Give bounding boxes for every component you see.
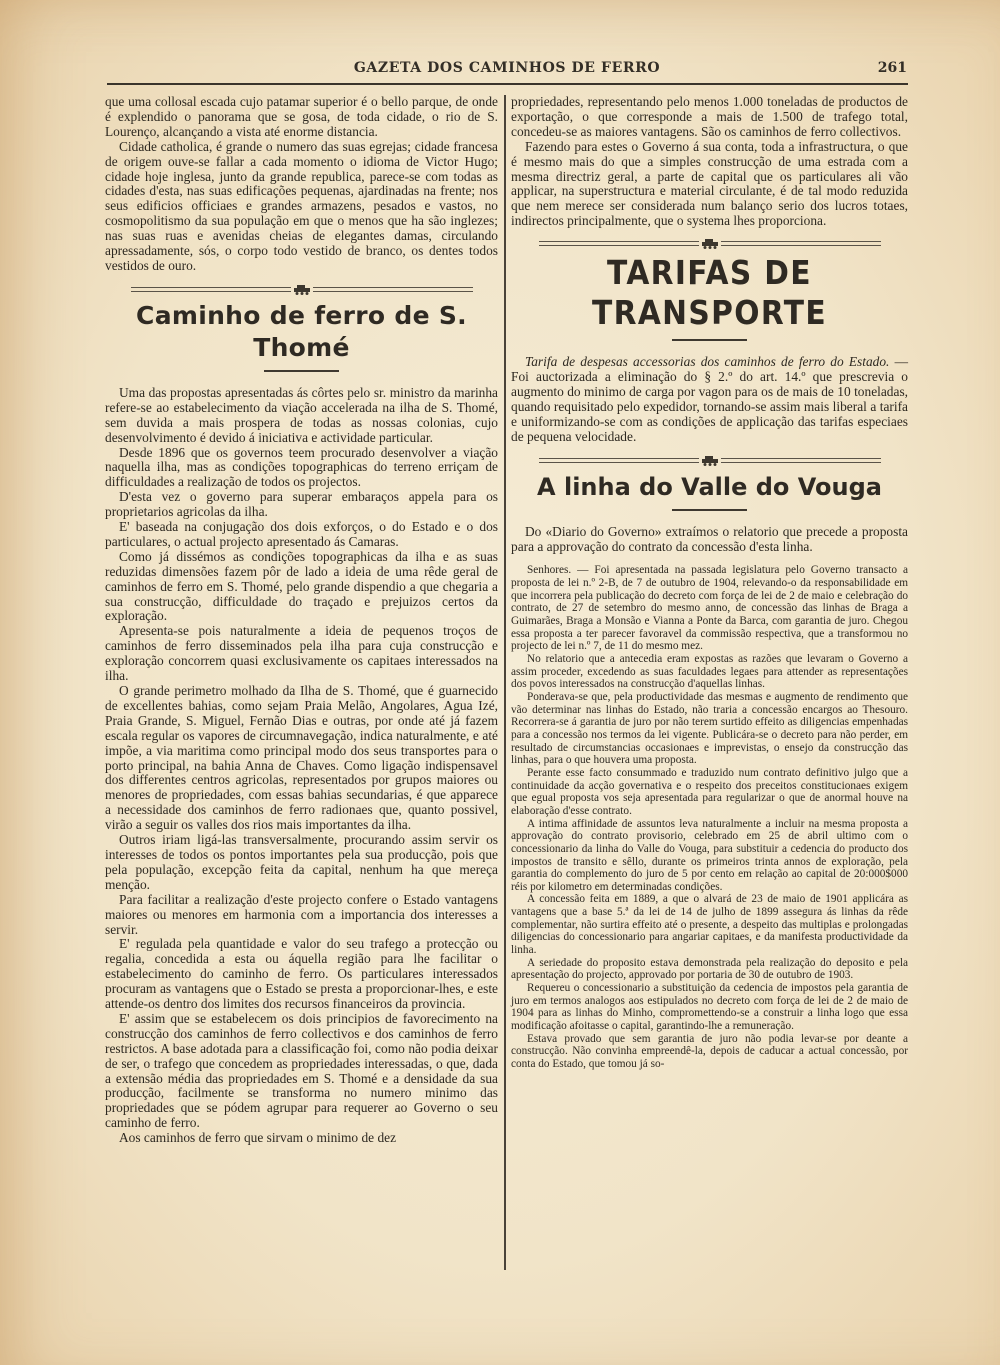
section-separator	[511, 235, 908, 251]
article-title-sao-tome: Caminho de ferro de S. Thomé	[105, 300, 498, 364]
vouga-report: Senhores. — Foi apresentada na passada l…	[511, 564, 908, 1070]
vouga-intro: Do «Diario do Governo» extraímos o relat…	[511, 525, 908, 555]
paragraph: A concessão feita em 1889, a que o alvar…	[511, 893, 908, 956]
page-header: GAZETA DOS CAMINHOS DE FERRO 261	[107, 58, 907, 86]
paragraph: Estava provado que sem garantia de juro …	[511, 1033, 908, 1071]
header-rule	[107, 83, 908, 85]
paragraph: Apresenta-se pois naturalmente a ideia d…	[105, 624, 498, 684]
paragraph: Aos caminhos de ferro que sirvam o minim…	[105, 1131, 498, 1146]
locomotive-ornament-icon	[701, 238, 719, 249]
page-number: 261	[878, 60, 907, 76]
paragraph: Ponderava-se que, pela productividade da…	[511, 691, 908, 767]
paragraph: O grande perimetro molhado da Ilha de S.…	[105, 684, 498, 833]
right-column: propriedades, representando pelo menos 1…	[511, 95, 908, 1071]
article-title-vouga: A linha do Valle do Vouga	[511, 471, 908, 503]
paragraph: Cidade catholica, é grande o numero das …	[105, 140, 498, 274]
paragraph: A intima affinidade de assuntos leva nat…	[511, 818, 908, 894]
locomotive-ornament-icon	[293, 284, 311, 295]
paragraph: Perante esse facto consummado e traduzid…	[511, 767, 908, 818]
paragraph: Para facilitar a realização d'este proje…	[105, 893, 498, 938]
paragraph: No relatorio que a antecedia eram expost…	[511, 653, 908, 691]
column-divider	[504, 95, 506, 1270]
paragraph: Senhores. — Foi apresentada na passada l…	[511, 564, 908, 653]
paragraph: Fazendo para estes o Governo á sua conta…	[511, 140, 908, 229]
left-column: que uma collosal escada cujo patamar sup…	[105, 95, 498, 1146]
tarifas-lead: Tarifa de despesas accessorias dos camin…	[525, 354, 889, 369]
paragraph: D'esta vez o governo para superar embara…	[105, 490, 498, 520]
paragraph: Uma das propostas apresentadas ás côrtes…	[105, 386, 498, 446]
section-title-tarifas: TARIFAS DE TRANSPORTE	[531, 253, 888, 333]
title-underline	[264, 370, 339, 372]
paragraph: Como já dissémos as condições topographi…	[105, 550, 498, 625]
paragraph: Outros iriam ligá-las transversalmente, …	[105, 833, 498, 893]
section-separator	[105, 282, 498, 298]
paragraph: E' regulada pela quantidade e valor do s…	[105, 937, 498, 1012]
paragraph: E' assim que se estabelecem os dois prin…	[105, 1012, 498, 1131]
paragraph: propriedades, representando pelo menos 1…	[511, 95, 908, 140]
locomotive-ornament-icon	[701, 455, 719, 466]
title-underline	[672, 339, 747, 341]
paragraph: E' baseada na conjugação dos dois exforç…	[105, 520, 498, 550]
paragraph: Requereu o concessionario a substituição…	[511, 982, 908, 1033]
section-separator	[511, 453, 908, 469]
paragraph: que uma collosal escada cujo patamar sup…	[105, 95, 498, 140]
paragraph: Desde 1896 que os governos teem procurad…	[105, 446, 498, 491]
paragraph: A seriedade do proposito estava demonstr…	[511, 957, 908, 982]
tarifas-paragraph: Tarifa de despesas accessorias dos camin…	[511, 355, 908, 444]
publication-title: GAZETA DOS CAMINHOS DE FERRO	[107, 60, 907, 76]
title-underline	[672, 509, 747, 511]
